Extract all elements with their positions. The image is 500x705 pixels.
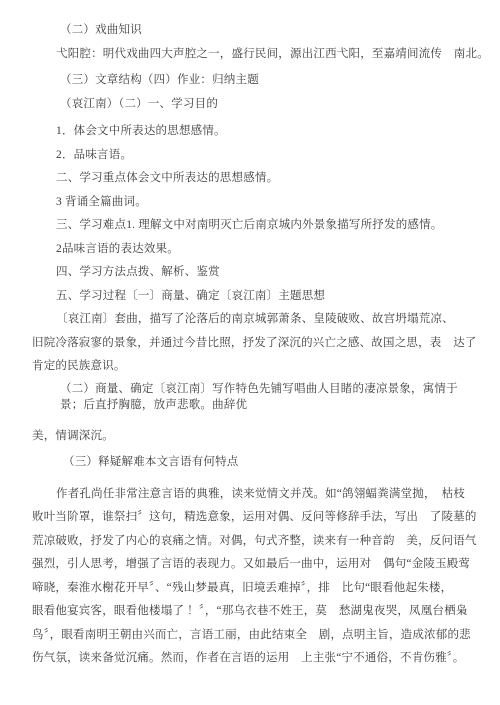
- text-line: 作者孔尚任非常注意言语的典雅，读来觉情文并茂。如“鸽翎蝠粪满堂抛， 枯枝: [56, 483, 478, 507]
- text-line: 〔哀江南〕套曲，描写了沦落后的南京城郭萧条、皇陵破败、故宫坍塌荒凉、: [56, 308, 478, 332]
- text-line: （三）文章结构（四）作业：归纳主题: [60, 69, 478, 93]
- text-line: （二）商量、确定〔哀江南〕写作特色先铺写唱曲人目睹的凄凉景象，寓情于: [60, 381, 478, 397]
- text-line: 啼晓，秦淮水榭花开早〞、“残山梦最真，旧境丢难掉〞，排 比句“眼看他起朱楼，: [32, 577, 478, 601]
- text-line: 五、学习过程〔一〕商量、确定〔哀江南〕主题思想: [56, 285, 478, 309]
- text-line: 肯定的民族意识。: [32, 355, 478, 379]
- text-line: 2．品味言语。: [56, 144, 478, 168]
- text-line: 荒凉破败，抒发了内心的哀痛之情。对偶，句式齐整，读来有一种音韵 美，反问语气: [32, 530, 478, 554]
- text-line: 2品味言语的表达效果。: [56, 238, 478, 262]
- document-page: （二）戏曲知识 弋阳腔：明代戏曲四大声腔之一，盛行民间，源出江西弋阳，至嘉靖间流…: [0, 0, 500, 705]
- text-line: 败叶当阶罩，谁祭扫〞这句，精选意象，运用对偶、反问等修辞手法，写出 了陵墓的: [32, 506, 478, 530]
- text-line: 四、学习方法点拨、解析、鉴赏: [56, 261, 478, 285]
- text-line: 1．体会文中所表达的思想感情。: [56, 120, 478, 144]
- text-line: 三、学习难点1. 理解文中对南明灭亡后南京城内外景象描写所抒发的感情。: [56, 214, 478, 238]
- text-line: 弋阳腔：明代戏曲四大声腔之一，盛行民间，源出江西弋阳，至嘉靖间流传 南北。: [56, 43, 478, 67]
- text-line: （哀江南）（二）一、学习目的: [60, 93, 478, 117]
- text-line: 鸟〞，眼看南明王朝由兴而亡，言语工丽，由此结束全 剧，点明主旨，造成浓郁的悲: [32, 624, 478, 648]
- text-line: 旧院冷落寂寥的景象，并通过今昔比照，抒发了深沉的兴亡之感、故国之思，表 达了: [32, 332, 478, 356]
- text-line: 强烈，引人思考，增强了言语的表现力。又如最后一曲中，运用对 偶句“金陵玉殿莺: [32, 553, 478, 577]
- text-line: 3 背诵全篇曲词。: [56, 191, 478, 215]
- text-line: （二）戏曲知识: [60, 19, 478, 43]
- text-line: （三）释疑解难本文言语有何特点: [63, 451, 478, 475]
- text-line: 景；后直抒胸臆，放声悲歌。曲辞优: [60, 397, 478, 413]
- text-line: 眼看他宴宾客，眼看他楼塌了 ！〞，“那乌衣巷不姓王，莫 愁湖鬼夜哭，凤凰台栖枭: [32, 600, 478, 624]
- text-line: 美，情调深沉。: [32, 425, 478, 449]
- text-line: 伤气氛，读来备觉沉痛。然而，作者在言语的运用 上主张“宁不通俗，不肯伤雅〞。: [32, 647, 478, 671]
- text-line: 二、学习重点体会文中所表达的思想感情。: [56, 167, 478, 191]
